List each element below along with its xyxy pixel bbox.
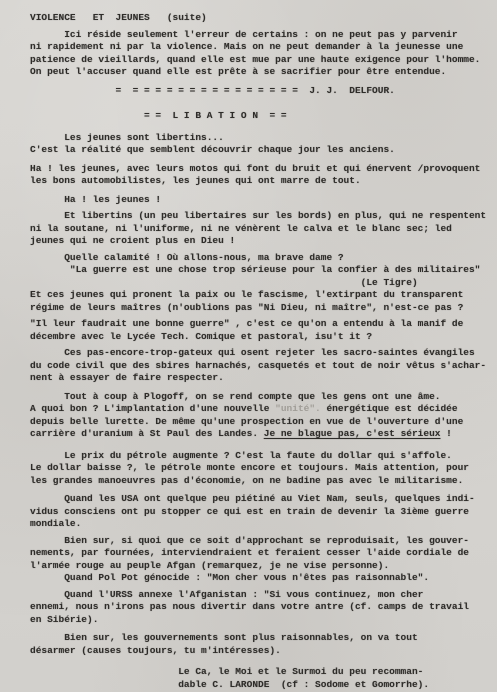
text-segment: régime de leurs maîtres (n'oublions pas … [30,302,463,313]
section-heading-libation: = = L I B A T I O N = = [30,110,489,123]
text-segment: nements, par fournées, interviendraient … [30,547,469,558]
text-segment: ni la soutane, ni l'uniforme, ni ne vénè… [30,223,452,234]
text-line: "La guerre est une chose trop sérieuse p… [30,264,489,277]
text-segment: Le Ca, le Moi et le Surmoi du peu recomm… [30,666,423,677]
text-line: Bien sur, les gouvernements sont plus ra… [30,632,489,645]
text-segment: Ces pas-encore-trop-gateux qui osent rej… [30,347,475,358]
separator-signature-delfour: = = = = = = = = = = = = = = = = J. J. DE… [30,85,489,98]
paragraph-libertins: Les jeunes sont libertins...C'est la réa… [30,132,489,157]
paragraph-ha-les-jeunes: Ha ! les jeunes ! [30,194,489,207]
signature-laronde: Le Ca, le Moi et le Surmoi du peu recomm… [30,666,489,691]
text-line: = = = = = = = = = = = = = = = = J. J. DE… [30,85,489,98]
text-segment: ni rapidement ni par la violence. Mais o… [30,41,463,52]
text-line: Ha ! les jeunes ! [30,194,489,207]
text-line: nements, par fournées, interviendraient … [30,547,489,560]
text-segment: jeunes qui ne croient plus en Dieu ! [30,235,235,246]
text-segment: Tout à coup à Plogoff, on se rend compte… [30,391,440,402]
text-line: du code civil que des sbires harnachés, … [30,360,489,373]
text-segment: "La guerre est une chose trop sérieuse p… [30,264,480,275]
text-line: ni rapidement ni par la violence. Mais o… [30,41,489,54]
text-line: A quoi bon ? L'implantation d'une nouvel… [30,403,489,416]
text-line: patience de vieillards, quand elle est m… [30,54,489,67]
paragraph-petrole-dollar: Le prix du pétrole augmente ? C'est la f… [30,450,489,488]
text-segment: Et ces jeunes qui pronent la paix ou le … [30,289,463,300]
article-title: VIOLENCE ET JEUNES (suite) [30,12,489,25]
text-line: les bons automobilistes, les jeunes qui … [30,175,489,188]
text-line: VIOLENCE ET JEUNES (suite) [30,12,489,25]
text-line: Et libertins (un peu libertaires sur les… [30,210,489,223]
text-segment: Bien sur, les gouvernements sont plus ra… [30,632,418,643]
paragraph-desarmer: Bien sur, les gouvernements sont plus ra… [30,632,489,657]
text-line: Les jeunes sont libertins... [30,132,489,145]
text-segment: Le dollar baisse ?, le pétrole monte enc… [30,462,469,473]
paragraph-plogoff: Tout à coup à Plogoff, on se rend compte… [30,391,489,441]
text-line: Quand Pol Pot génocide : "Mon cher vous … [30,572,489,585]
text-segment: Et libertins (un peu libertaires sur les… [30,210,486,221]
text-line: = = L I B A T I O N = = [30,110,489,123]
text-segment: nent à essayer de faire respecter. [30,372,224,383]
text-line: On peut l'accuser quand elle est prête à… [30,66,489,79]
text-line: Ha ! les jeunes, avec leurs motos qui fo… [30,163,489,176]
text-segment: Ici réside seulement l'erreur de certain… [30,29,458,40]
text-segment: l'armée rouge au peuple Afgan (remarquez… [30,560,389,571]
text-line: Quelle calamité ! Où allons-nous, ma bra… [30,252,489,265]
text-segment: (Le Tigre) [30,277,418,288]
text-segment: A quoi bon ? L'implantation d'une nouvel… [30,403,275,414]
paragraph-bonne-guerre: "Il leur faudrait une bonne guerre" , c'… [30,318,489,343]
paragraph-usa-vietnam: Quand les USA ont quelque peu piétiné au… [30,493,489,531]
text-segment: désarmer (causes toujours, tu m'intéress… [30,645,281,656]
text-line: régime de leurs maîtres (n'oublions pas … [30,302,489,315]
text-segment: les grandes manoeuvres pas d'économie, o… [30,475,463,486]
underlined-text: Je ne blague pas, c'est sérieux [264,428,441,439]
text-line: en Sibérie). [30,614,489,627]
text-line: depuis belle lurette. De même qu'une pro… [30,416,489,429]
paragraph-libertaires: Et libertins (un peu libertaires sur les… [30,210,489,248]
paragraph-motos: Ha ! les jeunes, avec leurs motos qui fo… [30,163,489,188]
text-segment: Quelle calamité ! Où allons-nous, ma bra… [30,252,344,263]
text-segment: On peut l'accuser quand elle est prête à… [30,66,446,77]
text-line: Ici réside seulement l'erreur de certain… [30,29,489,42]
text-line: (Le Tigre) [30,277,489,290]
text-line: vidus consciens ont pu stopper ce qui es… [30,506,489,519]
text-segment: énergétique est décidée [321,403,458,414]
text-segment: mondiale. [30,518,81,529]
text-segment: en Sibérie). [30,614,98,625]
text-segment: vidus consciens ont pu stopper ce qui es… [30,506,469,517]
text-segment: = = L I B A T I O N = = [30,110,287,121]
text-line: Bien sur, si quoi que ce soit d'approcha… [30,535,489,548]
text-line: décembre avec le Lycée Tech. Comique et … [30,331,489,344]
text-segment: Quand les USA ont quelque peu piétiné au… [30,493,475,504]
paragraph-urss-afganistan: Quand l'URSS annexe l'Afganistan : "Si v… [30,589,489,627]
text-segment: carrière d'uranium à St Paul des Landes. [30,428,264,439]
paragraph-ni-dieu-ni-maitre: Et ces jeunes qui pronent la paix ou le … [30,289,489,314]
text-segment: Quand Pol Pot génocide : "Mon cher vous … [30,572,429,583]
text-line: Quand l'URSS annexe l'Afganistan : "Si v… [30,589,489,602]
text-segment: patience de vieillards, quand elle est m… [30,54,480,65]
text-segment: C'est la réalité que semblent découvrir … [30,144,395,155]
paragraph-sbires: Ces pas-encore-trop-gateux qui osent rej… [30,347,489,385]
text-line: "Il leur faudrait une bonne guerre" , c'… [30,318,489,331]
text-segment: dable C. LARONDE (cf : Sodome et Gomorrh… [30,679,429,690]
text-segment: Le prix du pétrole augmente ? C'est la f… [30,450,452,461]
text-segment: Quand l'URSS annexe l'Afganistan : "Si v… [30,589,423,600]
text-segment: Ha ! les jeunes, avec leurs motos qui fo… [30,163,480,174]
document-page: VIOLENCE ET JEUNES (suite) Ici réside se… [0,0,497,692]
text-line: carrière d'uranium à St Paul des Landes.… [30,428,489,441]
text-line: Le dollar baisse ?, le pétrole monte enc… [30,462,489,475]
text-line: Tout à coup à Plogoff, on se rend compte… [30,391,489,404]
text-line: Le Ca, le Moi et le Surmoi du peu recomm… [30,666,489,679]
text-line: Le prix du pétrole augmente ? C'est la f… [30,450,489,463]
text-line: mondiale. [30,518,489,531]
text-line: désarmer (causes toujours, tu m'intéress… [30,645,489,658]
faint-text: "unité". [275,403,321,414]
text-line: nent à essayer de faire respecter. [30,372,489,385]
paragraph-armee-rouge-polpot: Bien sur, si quoi que ce soit d'approcha… [30,535,489,585]
text-segment: = = = = = = = = = = = = = = = = J. J. DE… [30,85,395,96]
text-segment: Les jeunes sont libertins... [30,132,224,143]
text-line: Quand les USA ont quelque peu piétiné au… [30,493,489,506]
paragraph-calamite-citation: Quelle calamité ! Où allons-nous, ma bra… [30,252,489,290]
text-line: jeunes qui ne croient plus en Dieu ! [30,235,489,248]
text-segment: depuis belle lurette. De même qu'une pro… [30,416,463,427]
text-line: Et ces jeunes qui pronent la paix ou le … [30,289,489,302]
text-line: l'armée rouge au peuple Afgan (remarquez… [30,560,489,573]
text-segment: Bien sur, si quoi que ce soit d'approcha… [30,535,469,546]
text-line: C'est la réalité que semblent découvrir … [30,144,489,157]
text-line: Ces pas-encore-trop-gateux qui osent rej… [30,347,489,360]
text-segment: les bons automobilistes, les jeunes qui … [30,175,361,186]
text-segment: décembre avec le Lycée Tech. Comique et … [30,331,372,342]
text-segment: ! [440,428,451,439]
text-line: ennemi, nous n'irons pas nous divertir d… [30,601,489,614]
text-segment: Ha ! les jeunes ! [30,194,161,205]
text-segment: ennemi, nous n'irons pas nous divertir d… [30,601,469,612]
text-segment: du code civil que des sbires harnachés, … [30,360,486,371]
paragraph-intro: Ici réside seulement l'erreur de certain… [30,29,489,79]
text-segment: "Il leur faudrait une bonne guerre" , c'… [30,318,463,329]
text-segment: VIOLENCE ET JEUNES (suite) [30,12,207,23]
text-line: dable C. LARONDE (cf : Sodome et Gomorrh… [30,679,489,692]
text-line: les grandes manoeuvres pas d'économie, o… [30,475,489,488]
text-line: ni la soutane, ni l'uniforme, ni ne vénè… [30,223,489,236]
